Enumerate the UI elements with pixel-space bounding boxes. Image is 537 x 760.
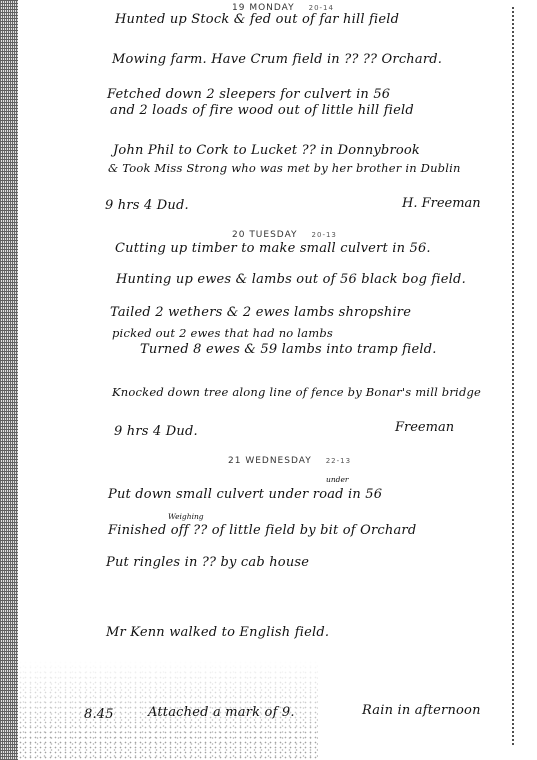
hours-line: 9 hrs 4 Dud. (105, 198, 189, 213)
entry-line: Fetched down 2 sleepers for culvert in 5… (107, 87, 390, 102)
day-header-tuesday: 20 TUESDAY20-13 (232, 230, 337, 240)
diary-page: 19 MONDAY20-14 Hunted up Stock & fed out… (0, 0, 537, 760)
entry-line: Mowing farm. Have Crum field in ?? ?? Or… (112, 52, 442, 67)
tally: 8.45 (84, 707, 114, 722)
day-header-wednesday: 21 WEDNESDAY22-13 (228, 456, 351, 466)
entry-line: and 2 loads of fire wood out of little h… (110, 103, 414, 118)
day-header-number: 20-13 (312, 231, 337, 239)
page-right-edge (512, 5, 514, 745)
footer-right-note: Rain in afternoon (362, 703, 481, 718)
insert-word: under (326, 475, 349, 484)
day-header-number: 22-13 (326, 457, 351, 465)
day-header-label: 21 WEDNESDAY (228, 456, 312, 466)
page-binding-edge (0, 0, 18, 760)
entry-line: Cutting up timber to make small culvert … (115, 241, 431, 256)
signature: H. Freeman (402, 196, 481, 211)
day-header-label: 20 TUESDAY (232, 230, 298, 240)
entry-line: Put down small culvert under road in 56 (108, 487, 382, 502)
entry-line: Turned 8 ewes & 59 lambs into tramp fiel… (140, 342, 437, 357)
signature: Freeman (395, 420, 454, 435)
entry-line: Finished off ?? of little field by bit o… (108, 523, 416, 538)
entry-line: Hunted up Stock & fed out of far hill fi… (115, 12, 399, 27)
footer-note: Mr Kenn walked to English field. (106, 625, 329, 640)
entry-line: & Took Miss Strong who was met by her br… (108, 161, 461, 175)
entry-line: Hunting up ewes & lambs out of 56 black … (116, 272, 466, 287)
entry-line: Tailed 2 wethers & 2 ewes lambs shropshi… (110, 305, 411, 320)
entry-line: Knocked down tree along line of fence by… (112, 385, 481, 399)
insert-word: Weighing (168, 512, 204, 521)
entry-line: John Phil to Cork to Lucket ?? in Donnyb… (113, 143, 420, 158)
entry-line: Put ringles in ?? by cab house (106, 555, 309, 570)
hours-line: 9 hrs 4 Dud. (114, 424, 198, 439)
entry-line: picked out 2 ewes that had no lambs (112, 326, 333, 340)
footer-left-note: Attached a mark of 9. (148, 705, 295, 720)
day-header-number: 20-14 (309, 4, 334, 12)
